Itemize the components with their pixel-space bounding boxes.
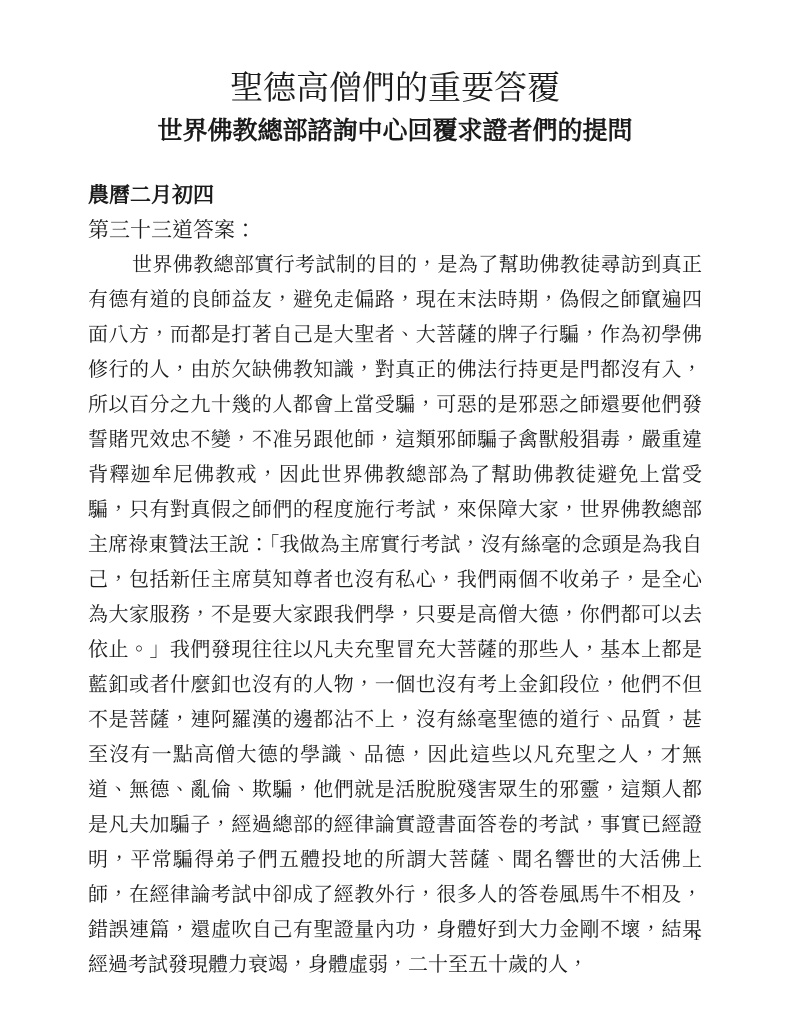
page-title: 聖德高僧們的重要答覆 bbox=[88, 0, 702, 110]
document-page: 聖德高僧們的重要答覆 世界佛教總部諮詢中心回覆求證者們的提問 農曆二月初四 第三… bbox=[0, 0, 790, 1022]
page-number: 1 bbox=[693, 926, 701, 946]
page-subtitle: 世界佛教總部諮詢中心回覆求證者們的提問 bbox=[88, 115, 702, 148]
answer-number-heading: 第三十三道答案： bbox=[88, 213, 702, 248]
lunar-date-heading: 農曆二月初四 bbox=[88, 178, 702, 213]
document-content: 聖德高僧們的重要答覆 世界佛教總部諮詢中心回覆求證者們的提問 農曆二月初四 第三… bbox=[0, 0, 790, 983]
body-paragraph: 世界佛教總部實行考試制的目的，是為了幫助佛教徒尋訪到真正有德有道的良師益友，避免… bbox=[88, 248, 702, 983]
